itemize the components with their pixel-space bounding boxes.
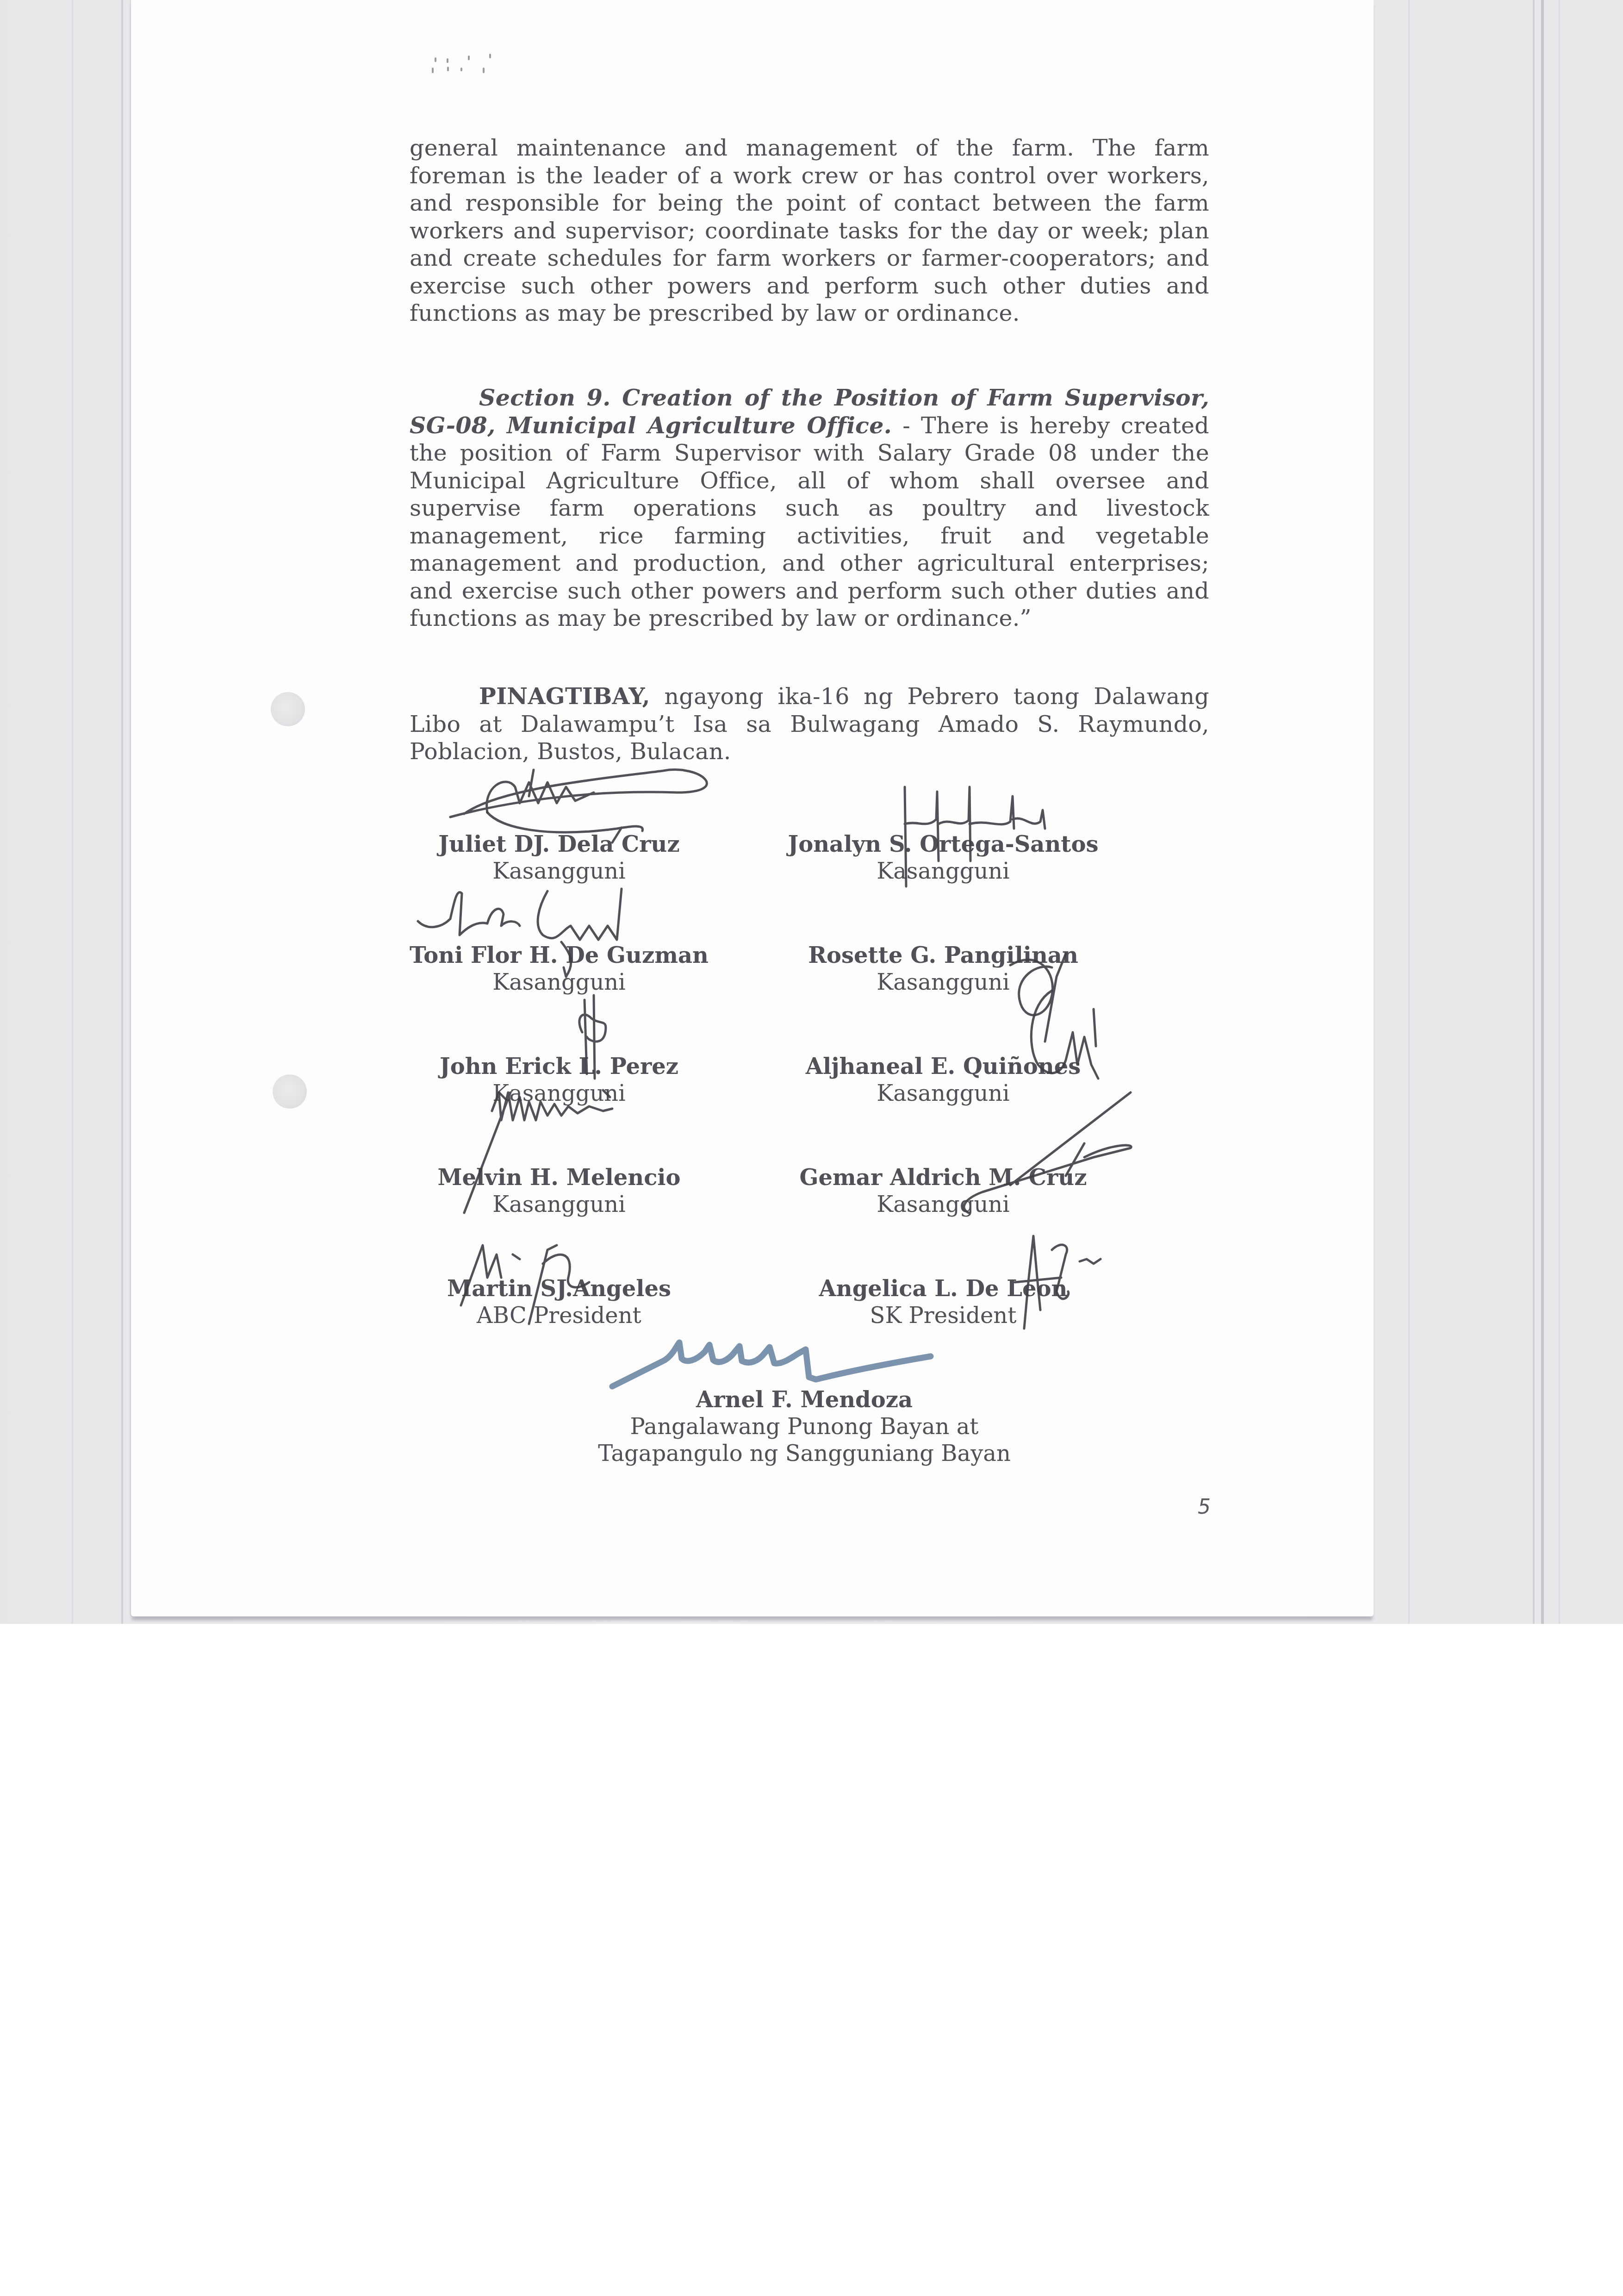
scanner-edge-line <box>72 0 73 1624</box>
signatory-block: Angelica L. De Leon SK President <box>767 1275 1119 1329</box>
scan-specks <box>432 56 506 79</box>
paragraph-section-9: Section 9. Creation of the Position of F… <box>410 384 1209 632</box>
signatory-title: Kasangguni <box>767 858 1119 885</box>
signatory-title: Kasangguni <box>383 1080 735 1107</box>
signatory-title: Kasangguni <box>767 1191 1119 1218</box>
section-9-body: - There is hereby created the position o… <box>410 412 1209 632</box>
signatory-block: Gemar Aldrich M. Cruz Kasangguni <box>767 1164 1119 1218</box>
signatory-title: Kasangguni <box>767 1080 1119 1107</box>
page-number: 5 <box>1198 1495 1211 1519</box>
presiding-officer-title: Tagapangulo ng Sangguniang Bayan <box>531 1440 1077 1467</box>
signatory-name: Aljhaneal E. Quiñones <box>767 1053 1119 1080</box>
signatory-block: Toni Flor H. De Guzman Kasangguni <box>383 942 735 996</box>
signatory-name: Martin SJ.Angeles <box>383 1275 735 1302</box>
signatory-block: Melvin H. Melencio Kasangguni <box>383 1164 735 1218</box>
signatory-block: Martin SJ.Angeles ABC President <box>383 1275 735 1329</box>
signatory-title: Kasangguni <box>383 858 735 885</box>
punch-hole <box>273 1074 307 1109</box>
scanner-edge-line <box>1559 0 1560 1624</box>
signatory-name: Angelica L. De Leon <box>767 1275 1119 1302</box>
scanner-edge-line <box>1541 0 1544 1624</box>
signatory-title: Kasangguni <box>383 969 735 996</box>
presiding-officer-block: Arnel F. Mendoza Pangalawang Punong Baya… <box>531 1386 1077 1467</box>
signatory-block: Rosette G. Pangilinan Kasangguni <box>767 942 1119 996</box>
presiding-officer-name: Arnel F. Mendoza <box>531 1386 1077 1413</box>
signatory-name: Rosette G. Pangilinan <box>767 942 1119 969</box>
signatory-name: Juliet DJ. Dela Cruz <box>383 831 735 858</box>
signatory-block: John Erick L. Perez Kasangguni <box>383 1053 735 1107</box>
signatory-name: Gemar Aldrich M. Cruz <box>767 1164 1119 1191</box>
signatory-name: Melvin H. Melencio <box>383 1164 735 1191</box>
signatory-title: ABC President <box>383 1302 735 1329</box>
scanner-edge-line <box>1533 0 1535 1624</box>
signatory-block: Aljhaneal E. Quiñones Kasangguni <box>767 1053 1119 1107</box>
signatory-block: Jonalyn S. Ortega-Santos Kasangguni <box>767 831 1119 885</box>
approval-lead: PINAGTIBAY, <box>479 683 650 710</box>
paragraph-approval: PINAGTIBAY, ngayong ika-16 ng Pebrero ta… <box>410 683 1209 766</box>
signatory-title: Kasangguni <box>383 1191 735 1218</box>
signatory-block: Juliet DJ. Dela Cruz Kasangguni <box>383 831 735 885</box>
signatory-title: Kasangguni <box>767 969 1119 996</box>
scanner-edge-line <box>121 0 123 1624</box>
document-page: general maintenance and management of th… <box>131 0 1374 1616</box>
signatory-name: Jonalyn S. Ortega-Santos <box>767 831 1119 858</box>
signatory-name: Toni Flor H. De Guzman <box>383 942 735 969</box>
punch-hole <box>271 692 305 726</box>
scanner-edge-line <box>1408 0 1410 1624</box>
signatory-title: SK President <box>767 1302 1119 1329</box>
presiding-officer-title: Pangalawang Punong Bayan at <box>531 1413 1077 1440</box>
paragraph-continuation: general maintenance and management of th… <box>410 134 1209 327</box>
signatory-name: John Erick L. Perez <box>383 1053 735 1080</box>
